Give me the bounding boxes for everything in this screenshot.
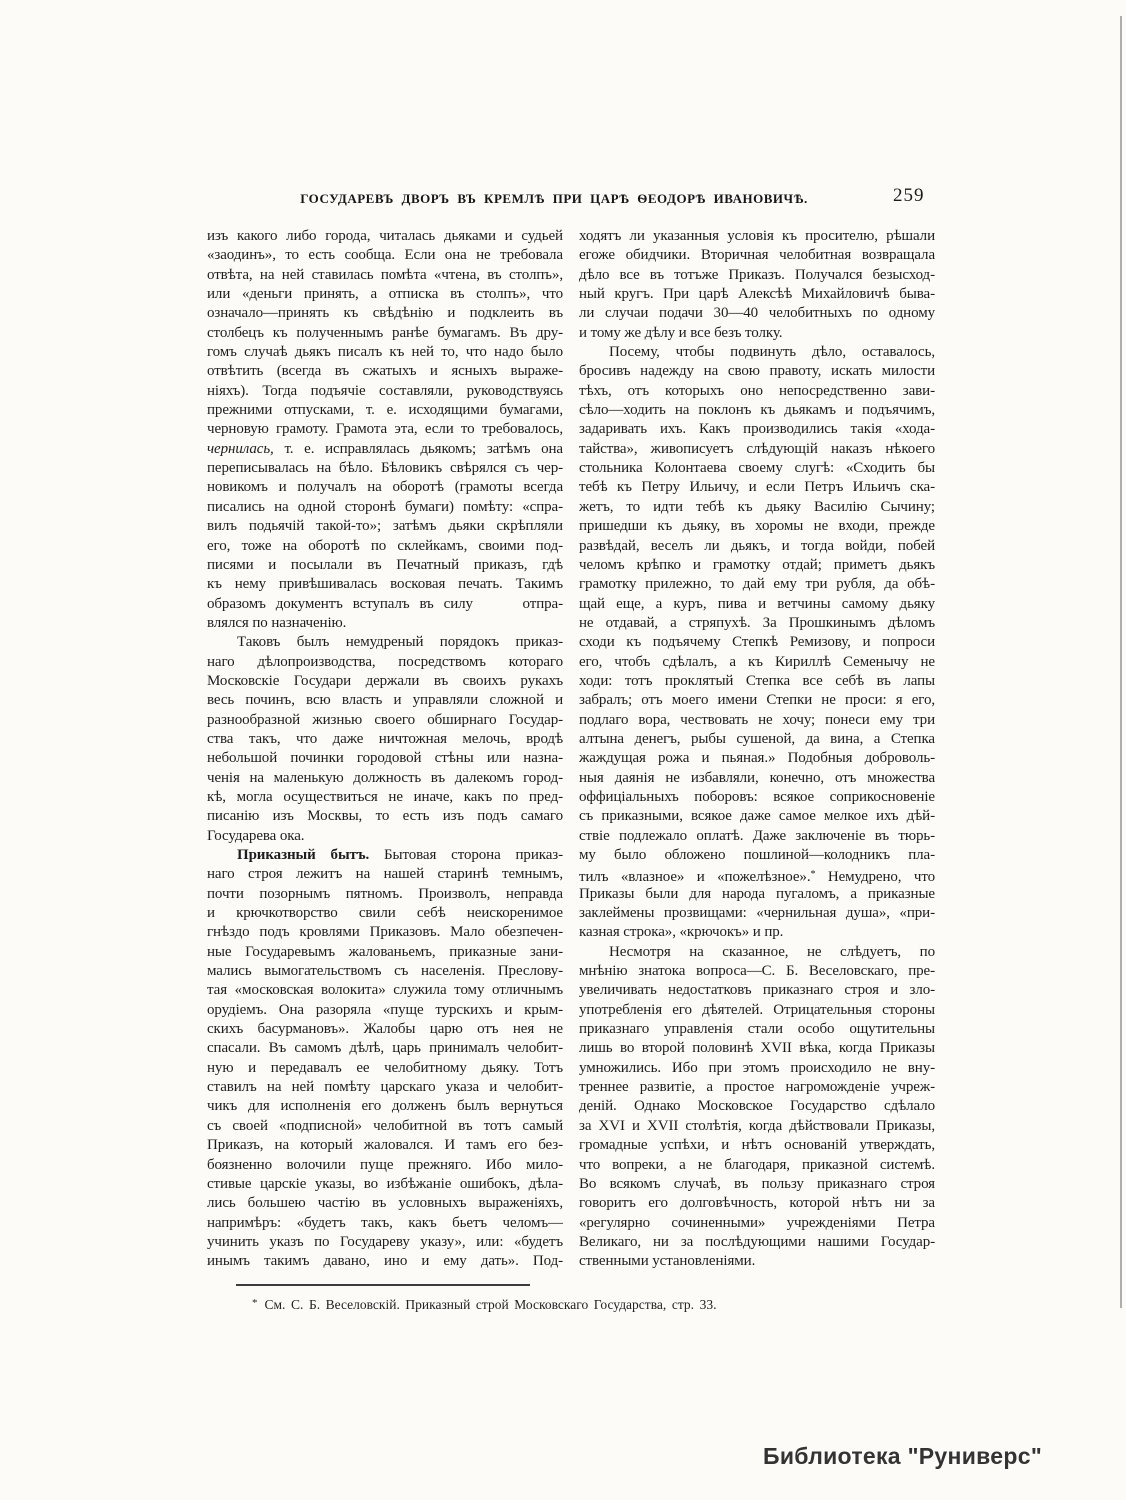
- text-line: жетъ, то идти тебѣ къ дьяку Василію Сычи…: [579, 498, 935, 517]
- text-segment: т. е. исправлялась дьякомъ; затѣмъ она: [274, 441, 563, 457]
- text-line: вилъ подьячій такой-то»; затѣмъ дьяки ск…: [207, 517, 563, 536]
- text-line: ные Государевымъ жалованьемъ, приказные …: [207, 943, 563, 962]
- text-line: ства такъ, что даже ничтожная мелочь, вр…: [207, 730, 563, 749]
- text-line: Приказный бытъ. Бытовая сторона приказ-: [207, 846, 563, 865]
- text-line: Приказъ, на который жаловался. И тамъ ег…: [207, 1136, 563, 1155]
- text-line: къ нему привѣшивалась восковая печать. Т…: [207, 575, 563, 594]
- text-line: развѣдай, веселъ ли дьякъ, и тогда войди…: [579, 537, 935, 556]
- text-line: ченія на маленькую должность въ далекомъ…: [207, 769, 563, 788]
- text-line: тебѣ къ Петру Ильичу, и если Петръ Ильич…: [579, 478, 935, 497]
- footnote-rule: [236, 1284, 530, 1286]
- text-line: изъ какого либо города, читалась дьяками…: [207, 227, 563, 246]
- text-line: лишь во второй половинѣ XVII вѣка, когда…: [579, 1039, 935, 1058]
- text-line: деній. Однако Московское Государство сдѣ…: [579, 1097, 935, 1116]
- text-line: Государева ока.: [207, 827, 563, 846]
- text-line: лись большею частію въ условныхъ выражен…: [207, 1194, 563, 1213]
- text-line: Таковъ былъ немудреный порядокъ приказ-: [207, 633, 563, 652]
- text-line: инымъ такимъ давано, ино и ему дать». По…: [207, 1252, 563, 1271]
- running-header-title: ГОСУДАРЕВЪ ДВОРЪ ВЪ КРЕМЛѢ ПРИ ЦАРѢ ѲЕОД…: [207, 191, 901, 207]
- footnote-text: См. С. Б. Веселовскій. Приказный строй М…: [265, 1297, 717, 1312]
- text-segment: Немудрено, что: [815, 869, 935, 884]
- text-line: умножились. Ибо при этомъ происходило не…: [579, 1059, 935, 1078]
- text-line: писались на одной сторонѣ бумаги) помѣту…: [207, 498, 563, 517]
- text-line: гнѣздо подъ кровлями Приказовъ. Мало обе…: [207, 923, 563, 942]
- text-line: почти позорнымъ пятномъ. Произволъ, непр…: [207, 885, 563, 904]
- paragraph: изъ какого либо города, читалась дьяками…: [207, 227, 563, 633]
- text-line: ходятъ ли указанныя условія къ просителю…: [579, 227, 935, 246]
- text-line: напримѣръ: «будетъ такъ, какъ бьетъ чело…: [207, 1214, 563, 1233]
- text-line: ніяхъ). Тогда подъячіе составляли, руков…: [207, 382, 563, 401]
- text-line: ходи: тотъ проклятый Степка все себѣ въ …: [579, 672, 935, 691]
- column-right: ходятъ ли указанныя условія къ просителю…: [579, 227, 935, 1272]
- text-line: орудіемъ. Она разоряла «пуще турскихъ и …: [207, 1001, 563, 1020]
- text-line: тилъ «влазное» и «пожелѣзное».* Немудрен…: [579, 865, 935, 884]
- text-line: гомъ случаѣ дьякъ писалъ къ ней то, что …: [207, 343, 563, 362]
- text-line: тѣхъ, отъ которыхъ оно непосредственно з…: [579, 382, 935, 401]
- text-segment: Бытовая сторона приказ-: [369, 847, 563, 863]
- text-line: челомъ крѣпко и грамотку отдай; приметъ …: [579, 556, 935, 575]
- text-line: Во всякомъ случаѣ, въ пользу приказнаго …: [579, 1175, 935, 1194]
- text-line: бросивъ надежду на свою правоту, искать …: [579, 362, 935, 381]
- text-line: тайства», живописуетъ слѣдующій наказъ н…: [579, 440, 935, 459]
- paragraph: Приказный бытъ. Бытовая сторона приказ-н…: [207, 846, 563, 1272]
- text-line: влялся по назначенію.: [207, 614, 563, 633]
- text-line: его, чтобъ сдѣлалъ, а къ Кириллѣ Семеныч…: [579, 653, 935, 672]
- text-line: мались вымогательствомъ съ населенія. Пр…: [207, 962, 563, 981]
- text-line: Приказы были для народа пугаломъ, а прик…: [579, 885, 935, 904]
- text-line: жаждущая рожа и пьяная.» Подобныя добров…: [579, 749, 935, 768]
- text-line: весь починъ, всю власть и управляли слож…: [207, 691, 563, 710]
- text-line: щай еще, а куръ, пива и ветчины самому д…: [579, 595, 935, 614]
- text-line: съ приказными, всякое даже самое мелкое …: [579, 807, 935, 826]
- text-line: заклеймены прозвищами: «чернильная душа»…: [579, 904, 935, 923]
- text-line: учинить указъ по Государеву указу», или:…: [207, 1233, 563, 1252]
- text-line: ныя даянія не избавляли, конечно, отъ мн…: [579, 769, 935, 788]
- text-line: задаривать ихъ. Какъ производились такія…: [579, 420, 935, 439]
- text-line: пришедши къ дьяку, въ хоромы не входи, п…: [579, 517, 935, 536]
- text-line: приказнаго управленія стали особо ощутит…: [579, 1020, 935, 1039]
- text-line: му было обложено пошлиной—колодникъ пла-: [579, 846, 935, 865]
- text-line: его, тоже на оборотѣ по склейкамъ, своим…: [207, 537, 563, 556]
- text-line: говоритъ его долговѣчность, которой нѣтъ…: [579, 1194, 935, 1213]
- text-line: треннее развитіе, а простое нагромождені…: [579, 1078, 935, 1097]
- italic-term: чернилась,: [207, 441, 274, 457]
- text-line: употребленія его дѣятелей. Отрицательныя…: [579, 1001, 935, 1020]
- text-line: чикъ для исполненія его долженъ былъ вер…: [207, 1097, 563, 1116]
- text-line: сходи къ подъячему Степкѣ Ремизову, и по…: [579, 633, 935, 652]
- text-line: грамотку прилежно, то дай ему три рубля,…: [579, 575, 935, 594]
- text-line: забралъ; отъ моего имени Степки не проси…: [579, 691, 935, 710]
- text-line: образомъ документъ вступалъ въ силу отпр…: [207, 595, 563, 614]
- footnote-marker: *: [252, 1297, 258, 1309]
- library-watermark-text: Библиотека "Руниверс": [763, 1443, 1042, 1470]
- text-line: столбецъ къ полученнымъ ранѣе бумагамъ. …: [207, 324, 563, 343]
- text-line: дѣло все въ тотъже Приказъ. Получался бе…: [579, 266, 935, 285]
- text-line: не отдавай, а стряпухѣ. За Прошкинымъ дѣ…: [579, 614, 935, 633]
- text-line: чернилась, т. е. исправлялась дьякомъ; з…: [207, 440, 563, 459]
- text-line: писанію изъ Москвы, то есть изъ подъ сам…: [207, 807, 563, 826]
- text-line: сѣло—ходить на поклонъ къ дьякамъ и подъ…: [579, 401, 935, 420]
- page-number: 259: [893, 185, 925, 207]
- column-left: изъ какого либо города, читалась дьяками…: [207, 227, 563, 1272]
- text-line: громадные успѣхи, и нѣтъ основаній утвер…: [579, 1136, 935, 1155]
- text-line: ственными установленіями.: [579, 1252, 935, 1271]
- text-line: ную и передавалъ ее челобитному дьяку. Т…: [207, 1059, 563, 1078]
- text-line: казная строка», «крючокъ» и пр.: [579, 923, 935, 942]
- text-line: небольшой починки городовой стѣны или на…: [207, 749, 563, 768]
- text-line: мнѣнію знатока вопроса—С. Б. Веселовскаг…: [579, 962, 935, 981]
- text-line: ный кругъ. При царѣ Алексѣѣ Михайловичѣ …: [579, 285, 935, 304]
- text-line: ставилъ на ней помѣту царскаго указа и ч…: [207, 1078, 563, 1097]
- paragraph: Несмотря на сказанное, не слѣдуетъ, помн…: [579, 943, 935, 1272]
- text-segment: тилъ «влазное» и «пожелѣзное».: [579, 869, 810, 884]
- text-line: Посему, чтобы подвинуть дѣло, оставалось…: [579, 343, 935, 362]
- text-line: отвѣтить (всегда въ сжатыхъ и ясныхъ выр…: [207, 362, 563, 381]
- text-line: тая «московская волокита» служила тому о…: [207, 981, 563, 1000]
- text-line: егоже обидчики. Вторичная челобитная воз…: [579, 246, 935, 265]
- text-line: подлаго вора, чествовать не хочу; понеси…: [579, 711, 935, 730]
- text-line: писями и посылали въ Печатный приказъ, г…: [207, 556, 563, 575]
- text-line: Московскіе Государи держали въ своихъ ру…: [207, 672, 563, 691]
- text-line: Несмотря на сказанное, не слѣдуетъ, по: [579, 943, 935, 962]
- text-line: Великаго, ни за послѣдующими нашими Госу…: [579, 1233, 935, 1252]
- text-line: переписывалась на бѣло. Бѣловикъ свѣрялс…: [207, 459, 563, 478]
- text-line: «заодинъ», то есть сообща. Если она не т…: [207, 246, 563, 265]
- text-line: оффиціальныхъ поборовъ: всякое соприкосн…: [579, 788, 935, 807]
- text-line: черновую грамоту. Грамота эта, если то т…: [207, 420, 563, 439]
- text-line: стольника Колонтаева своему слугѣ: «Сход…: [579, 459, 935, 478]
- footnote: *См. С. Б. Веселовскій. Приказный строй …: [252, 1297, 716, 1313]
- text-line: «регулярно сочиненными» учрежденіями Пет…: [579, 1214, 935, 1233]
- text-line: или «деньги принять, а отписка въ столпъ…: [207, 285, 563, 304]
- text-line: ли случаи подачи 30—40 челобитныхъ по од…: [579, 304, 935, 323]
- text-line: стивые царскіе указы, во избѣжаніе ошибо…: [207, 1175, 563, 1194]
- text-line: увеличивать недостатковъ приказнаго стро…: [579, 981, 935, 1000]
- text-line: новикомъ и получалъ на оборотѣ (грамоты …: [207, 478, 563, 497]
- text-line: спасали. Въ самомъ дѣлѣ, царь принималъ …: [207, 1039, 563, 1058]
- text-line: отвѣта, на ней ставилась помѣта «чтена, …: [207, 266, 563, 285]
- book-page: ГОСУДАРЕВЪ ДВОРЪ ВЪ КРЕМЛѢ ПРИ ЦАРѢ ѲЕОД…: [0, 0, 1126, 1500]
- paragraph: ходятъ ли указанныя условія къ просителю…: [579, 227, 935, 343]
- text-line: разнообразной жизнью своего обширнаго Го…: [207, 711, 563, 730]
- text-line: алтына денегъ, рыбы сушеной, да вина, а …: [579, 730, 935, 749]
- run-in-heading: Приказный бытъ.: [237, 847, 369, 863]
- text-line: боязненно волочили пуще прежняго. Ибо ми…: [207, 1156, 563, 1175]
- text-line: и крючкотворство свили себѣ неискоренимо…: [207, 904, 563, 923]
- text-line: кѣ, могла осуществиться не иначе, какъ п…: [207, 788, 563, 807]
- text-line: и тому же дѣлу и все безъ толку.: [579, 324, 935, 343]
- text-line: означало—принять къ свѣдѣнію и подклеить…: [207, 304, 563, 323]
- text-line: прежними отпусками, т. е. исходящими бум…: [207, 401, 563, 420]
- text-line: за XVI и XVII столѣтія, когда дѣйствовал…: [579, 1117, 935, 1136]
- text-line: наго дѣлопроизводства, посредствомъ кото…: [207, 653, 563, 672]
- text-line: наго строя лежитъ на нашей старинѣ темны…: [207, 865, 563, 884]
- paragraph: Таковъ былъ немудреный порядокъ приказ-н…: [207, 633, 563, 846]
- scan-edge-line: [1120, 16, 1122, 1308]
- paragraph: Посему, чтобы подвинуть дѣло, оставалось…: [579, 343, 935, 943]
- text-line: ствіе подлежало оплатѣ. Даже заключеніе …: [579, 827, 935, 846]
- text-line: скихъ басурмановъ». Жалобы царю отъ нея …: [207, 1020, 563, 1039]
- text-line: что вопреки, а не благодаря, приказной с…: [579, 1156, 935, 1175]
- text-line: съ своей «подписной» челобитной въ тотъ …: [207, 1117, 563, 1136]
